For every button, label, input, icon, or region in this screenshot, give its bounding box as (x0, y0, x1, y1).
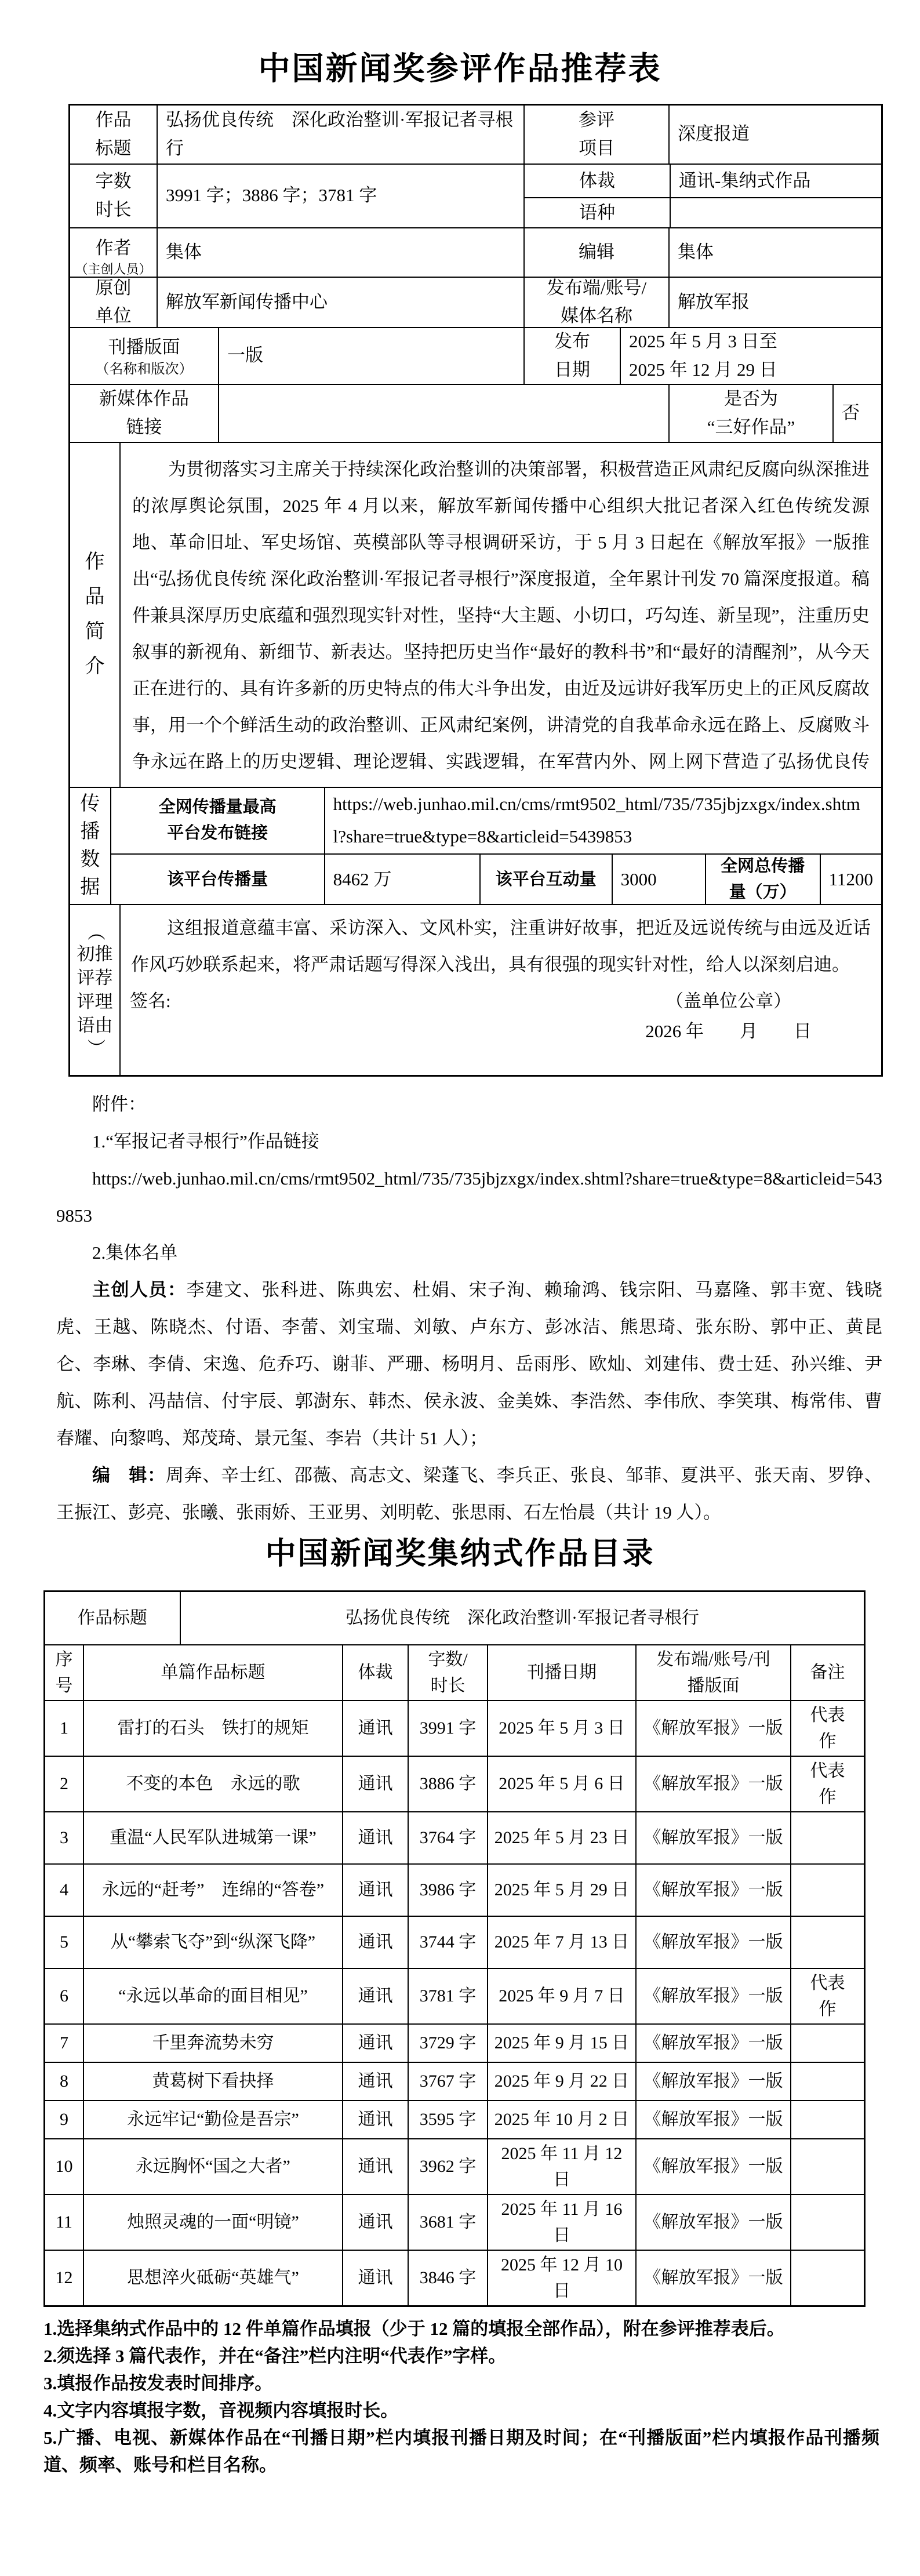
cell-title: 不变的本色 永远的歌 (83, 1757, 342, 1811)
note-item: 3.填报作品按发表时间排序。 (43, 2370, 879, 2397)
value-publish-date: 2025 年 5 月 3 日至 2025 年 12 月 29 日 (620, 328, 881, 384)
label-line: 新媒体作品 (99, 385, 189, 413)
label-char: 品 (85, 587, 105, 607)
cell-note (790, 1917, 864, 1968)
signature-row: 签名: （盖单位公章） 2026 年 月 日 (121, 983, 881, 1047)
cell-title: 雷打的石头 铁打的规矩 (83, 1701, 342, 1756)
cell-length: 3886 字 (408, 1757, 487, 1811)
cell-length: 3846 字 (408, 2251, 487, 2305)
label-char: 介 (85, 657, 105, 677)
label-char: 数 (80, 850, 100, 870)
catalog-row: 12 思想淬火砥砺“英雄气” 通讯 3846 字 2025 年 12 月 10 … (45, 2250, 864, 2305)
label-platform-interaction: 该平台互动量 (479, 855, 612, 905)
label-line: 平台发布链接 (167, 820, 268, 846)
value-sanhao: 否 (832, 385, 881, 442)
value-author: 集体 (157, 228, 523, 277)
cell-title: 永远的“赶考” 连绵的“答卷” (83, 1865, 342, 1916)
seal-block: （盖单位公章） 2026 年 月 日 (645, 986, 812, 1047)
cell-no: 6 (45, 1969, 83, 2023)
attachment-link: https://web.junhao.mil.cn/cms/rmt9502_ht… (56, 1160, 882, 1234)
genre-language-block: 体裁 通讯-集纳式作品 语种 (523, 165, 881, 227)
cell-note (790, 2251, 864, 2305)
subrow-spread-metrics: 该平台传播量 8462 万 该平台互动量 3000 全网总传播 量（万） 112… (111, 853, 881, 905)
label-line: 标题 (96, 135, 132, 162)
cell-title: 重温“人民军队进城第一课” (83, 1812, 342, 1863)
editors-paragraph: 编 辑：周奔、辛士红、邵薇、高志文、梁蓬飞、李兵正、张良、邹菲、夏洪平、张天南、… (56, 1457, 882, 1531)
catalog-row: 10 永远胸怀“国之大者” 通讯 3962 字 2025 年 11 月 12 日… (45, 2138, 864, 2194)
value-entry-item: 深度报道 (668, 106, 881, 164)
cell-length: 3781 字 (408, 1969, 487, 2023)
cell-no: 5 (45, 1917, 83, 1968)
row-word-count: 字数 时长 3991 字；3886 字；3781 字 体裁 通讯-集纳式作品 语… (70, 164, 881, 227)
attachment-heading: 附件： (56, 1086, 882, 1123)
publish-date-line: 2025 年 12 月 29 日 (629, 356, 777, 384)
cell-note (790, 1865, 864, 1916)
catalog-row: 11 烛照灵魂的一面“明镜” 通讯 3681 字 2025 年 11 月 16 … (45, 2194, 864, 2250)
cell-length: 3991 字 (408, 1701, 487, 1756)
label-line: 链接 (126, 413, 162, 441)
label-line: 日期 (554, 356, 590, 384)
editors-names: 周奔、辛士红、邵薇、高志文、梁蓬飞、李兵正、张良、邹菲、夏洪平、张天南、罗铮、王… (56, 1465, 882, 1523)
catalog-table: 作品标题 弘扬优良传统 深化政治整训·军报记者寻根行 序号 单篇作品标题 体裁 … (43, 1590, 866, 2307)
creators-names: 李建文、张科进、陈典宏、杜娟、宋子洵、赖瑜鸿、钱宗阳、马嘉隆、郭丰宽、钱晓虎、王… (56, 1280, 882, 1448)
cell-genre: 通讯 (342, 1701, 408, 1756)
label-line: 参评 (579, 106, 614, 134)
form-title: 中国新闻奖参评作品推荐表 (0, 0, 920, 86)
cell-no: 3 (45, 1812, 83, 1863)
catalog-row: 9 永远牢记“勤俭是吾宗” 通讯 3595 字 2025 年 10 月 2 日 … (45, 2100, 864, 2138)
label-line: 初推 (77, 945, 113, 963)
document-page: 中国新闻奖参评作品推荐表 作品 标题 弘扬优良传统 深化政治整训·军报记者寻根行… (0, 0, 920, 2576)
cell-channel: 《解放军报》一版 (635, 1701, 790, 1756)
row-work-intro: 作 品 简 介 为贯彻落实习主席关于持续深化政治整训的决策部署，积极营造正风肃纪… (70, 442, 881, 787)
cell-channel: 《解放军报》一版 (635, 2063, 790, 2100)
cell-channel: 《解放军报》一版 (635, 1865, 790, 1916)
subrow-genre: 体裁 通讯-集纳式作品 (525, 165, 881, 197)
cell-date: 2025 年 11 月 16 日 (487, 2195, 635, 2250)
cell-length: 3744 字 (408, 1917, 487, 1968)
cell-genre: 通讯 (342, 1969, 408, 2023)
value-original-unit: 解放军新闻传播中心 (157, 278, 523, 327)
value-platform-interaction: 3000 (612, 855, 705, 905)
label-top-platform-link: 全网传播量最高 平台发布链接 (111, 788, 324, 853)
label-line: 刊播版面 (108, 333, 180, 361)
cell-date: 2025 年 5 月 23 日 (487, 1812, 635, 1863)
row-original-unit: 原创 单位 解放军新闻传播中心 发布端/账号/ 媒体名称 解放军报 (70, 277, 881, 327)
label-line: 发布 (554, 328, 590, 356)
creators-paragraph: 主创人员：李建文、张科进、陈典宏、杜娟、宋子洵、赖瑜鸿、钱宗阳、马嘉隆、郭丰宽、… (56, 1271, 882, 1457)
cell-genre: 通讯 (342, 2139, 408, 2194)
label-line: 原创 (96, 278, 132, 303)
note-item: 1.选择集纳式作品中的 12 件单篇作品填报（少于 12 篇的填报全部作品），附… (43, 2315, 879, 2342)
cell-no: 2 (45, 1757, 83, 1811)
creators-label: 主创人员： (92, 1280, 186, 1300)
note-item: 4.文字内容填报字数，音视频内容填报时长。 (43, 2397, 879, 2424)
cell-length: 3962 字 (408, 2139, 487, 2194)
note-item: 5.广播、电视、新媒体作品在“刊播日期”栏内填报刊播日期及时间；在“刊播版面”栏… (43, 2424, 879, 2479)
header-line: 字数/ (428, 1647, 467, 1673)
label-line: 作品 (96, 106, 132, 134)
label-language: 语种 (525, 198, 670, 227)
cell-channel: 《解放军报》一版 (635, 2251, 790, 2305)
col-header-channel: 发布端/账号/刊 播版面 (635, 1645, 790, 1700)
cell-title: “永远以革命的面目相见” (83, 1969, 342, 2023)
catalog-label-work-title: 作品标题 (45, 1592, 180, 1644)
evaluation-paragraph: 这组报道意蕴丰富、采访深入、文风朴实，注重讲好故事，把近及远说传统与由远及近话作… (121, 905, 881, 983)
value-genre: 通讯-集纳式作品 (670, 165, 881, 197)
label-char: 据 (80, 878, 100, 898)
cell-genre: 通讯 (342, 2101, 408, 2138)
seal-label: （盖单位公章） (645, 986, 812, 1016)
note-item: 2.须选择 3 篇代表作，并在“备注”栏内注明“代表作”字样。 (43, 2342, 879, 2370)
cell-date: 2025 年 9 月 15 日 (487, 2025, 635, 2062)
cell-channel: 《解放军报》一版 (635, 1757, 790, 1811)
paren-open: （ (88, 923, 103, 941)
row-evaluation: （ 初推 评荐 评理 语由 ） 这组报道意蕴丰富、采访深入、文风朴实，注重讲好故… (70, 904, 881, 1075)
cell-channel: 《解放军报》一版 (635, 1812, 790, 1863)
label-total-volume: 全网总传播 量（万） (705, 855, 820, 905)
label-publish-account: 发布端/账号/ 媒体名称 (523, 278, 668, 327)
label-publish-date: 发布 日期 (523, 328, 620, 384)
cell-channel: 《解放军报》一版 (635, 1969, 790, 2023)
cell-note (790, 2101, 864, 2138)
cell-length: 3764 字 (408, 1812, 487, 1863)
label-line: 全网传播量最高 (159, 794, 277, 820)
label-sanhao: 是否为 “三好作品” (668, 385, 832, 442)
cell-length: 3681 字 (408, 2195, 487, 2250)
cell-note: 代表作 (790, 1969, 864, 2023)
cell-no: 4 (45, 1865, 83, 1916)
catalog-row: 8 黄葛树下看抉择 通讯 3767 字 2025 年 9 月 22 日 《解放军… (45, 2062, 864, 2100)
row-work-title: 作品 标题 弘扬优良传统 深化政治整训·军报记者寻根行 参评 项目 深度报道 (70, 106, 881, 164)
col-header-length: 字数/ 时长 (408, 1645, 487, 1700)
catalog-row: 3 重温“人民军队进城第一课” 通讯 3764 字 2025 年 5 月 23 … (45, 1811, 864, 1863)
value-top-platform-link: https://web.junhao.mil.cn/cms/rmt9502_ht… (324, 788, 881, 853)
attachment-item-1: 1.“军报记者寻根行”作品链接 (56, 1123, 882, 1160)
label-line: 时长 (96, 196, 132, 224)
label-author: 作者 （主创人员） (70, 228, 157, 277)
cell-note (790, 2063, 864, 2100)
label-genre: 体裁 (525, 165, 670, 197)
attachment-item-2: 2.集体名单 (56, 1234, 882, 1271)
label-line: 是否为 (724, 385, 778, 413)
value-new-media-link (218, 385, 668, 442)
catalog-row: 6 “永远以革命的面目相见” 通讯 3781 字 2025 年 9 月 7 日 … (45, 1968, 864, 2023)
cell-no: 7 (45, 2025, 83, 2062)
cell-genre: 通讯 (342, 1812, 408, 1863)
value-work-title: 弘扬优良传统 深化政治整训·军报记者寻根行 (157, 106, 523, 164)
cell-date: 2025 年 5 月 29 日 (487, 1865, 635, 1916)
label-line: 作者 (96, 234, 132, 262)
row-publish-page: 刊播版面 （名称和版次） 一版 发布 日期 2025 年 5 月 3 日至 20… (70, 327, 881, 384)
cell-title: 烛照灵魂的一面“明镜” (83, 2195, 342, 2250)
value-work-intro: 为贯彻落实习主席关于持续深化政治整训的决策部署，积极营造正风肃纪反腐向纵深推进的… (119, 443, 881, 787)
cell-date: 2025 年 9 月 7 日 (487, 1969, 635, 2023)
cell-title: 永远胸怀“国之大者” (83, 2139, 342, 2194)
value-word-count: 3991 字；3886 字；3781 字 (157, 165, 523, 227)
cell-channel: 《解放军报》一版 (635, 2025, 790, 2062)
value-evaluation: 这组报道意蕴丰富、采访深入、文风朴实，注重讲好故事，把近及远说传统与由远及近话作… (119, 905, 881, 1075)
cell-note (790, 1812, 864, 1863)
header-line: 时长 (431, 1673, 466, 1699)
subrow-top-link: 全网传播量最高 平台发布链接 https://web.junhao.mil.cn… (111, 788, 881, 853)
cell-genre: 通讯 (342, 1917, 408, 1968)
cell-date: 2025 年 9 月 22 日 (487, 2063, 635, 2100)
label-char: 播 (80, 822, 100, 842)
cell-genre: 通讯 (342, 1865, 408, 1916)
value-publish-page: 一版 (218, 328, 523, 384)
publish-date-line: 2025 年 5 月 3 日至 (629, 328, 777, 356)
catalog-title: 中国新闻奖集纳式作品目录 (0, 1537, 920, 1571)
cell-length: 3595 字 (408, 2101, 487, 2138)
recommendation-form-table: 作品 标题 弘扬优良传统 深化政治整训·军报记者寻根行 参评 项目 深度报道 字… (68, 104, 883, 1077)
cell-date: 2025 年 10 月 2 日 (487, 2101, 635, 2138)
catalog-value-work-title: 弘扬优良传统 深化政治整训·军报记者寻根行 (180, 1592, 864, 1644)
attachment-section: 附件： 1.“军报记者寻根行”作品链接 https://web.junhao.m… (56, 1086, 882, 1531)
cell-no: 12 (45, 2251, 83, 2305)
row-author: 作者 （主创人员） 集体 编辑 集体 (70, 227, 881, 277)
header-line: 播版面 (688, 1673, 740, 1699)
signature-label: 签名: (130, 986, 171, 1016)
cell-no: 11 (45, 2195, 83, 2250)
label-work-intro: 作 品 简 介 (70, 443, 119, 787)
col-header-date: 刊播日期 (487, 1645, 635, 1700)
label-char: 作 (85, 553, 105, 572)
catalog-worktitle-row: 作品标题 弘扬优良传统 深化政治整训·军报记者寻根行 (45, 1592, 864, 1644)
cell-date: 2025 年 12 月 10 日 (487, 2251, 635, 2305)
cell-title: 从“攀索飞夺”到“纵深飞降” (83, 1917, 342, 1968)
label-word-count: 字数 时长 (70, 165, 157, 227)
catalog-row: 7 千里奔流势未穷 通讯 3729 字 2025 年 9 月 15 日 《解放军… (45, 2023, 864, 2062)
subrow-language: 语种 (525, 197, 881, 227)
label-line: “三好作品” (707, 413, 795, 441)
cell-note: 代表作 (790, 1701, 864, 1756)
label-platform-volume: 该平台传播量 (111, 855, 324, 905)
note-text: 代表作 (809, 1702, 847, 1754)
cell-title: 千里奔流势未穷 (83, 2025, 342, 2062)
value-language (670, 198, 881, 227)
cell-title: 黄葛树下看抉择 (83, 2063, 342, 2100)
cell-date: 2025 年 5 月 3 日 (487, 1701, 635, 1756)
catalog-header-row: 序号 单篇作品标题 体裁 字数/ 时长 刊播日期 发布端/账号/刊 播版面 备注 (45, 1644, 864, 1700)
label-line: 语由 (77, 1016, 113, 1034)
row-spread-data: 传 播 数 据 全网传播量最高 平台发布链接 https://web.junha… (70, 787, 881, 904)
label-char: 传 (80, 794, 100, 814)
cell-channel: 《解放军报》一版 (635, 1917, 790, 1968)
label-work-title: 作品 标题 (70, 106, 157, 164)
cell-title: 思想淬火砥砺“英雄气” (83, 2251, 342, 2305)
label-line: 项目 (579, 135, 614, 162)
label-char: 简 (85, 622, 105, 642)
label-evaluation: （ 初推 评荐 评理 语由 ） (70, 905, 119, 1075)
cell-genre: 通讯 (342, 2251, 408, 2305)
label-original-unit: 原创 单位 (70, 278, 157, 327)
label-author-sub: （主创人员） (75, 262, 151, 277)
label-spread-data: 传 播 数 据 (70, 788, 110, 904)
cell-note (790, 2139, 864, 2194)
cell-date: 2025 年 11 月 12 日 (487, 2139, 635, 2194)
cell-genre: 通讯 (342, 2063, 408, 2100)
cell-genre: 通讯 (342, 1757, 408, 1811)
value-total-volume: 11200 (820, 855, 881, 905)
value-editor: 集体 (668, 228, 881, 277)
cell-genre: 通讯 (342, 2195, 408, 2250)
col-header-genre: 体裁 (342, 1645, 408, 1700)
cell-no: 8 (45, 2063, 83, 2100)
label-line: 量（万） (729, 880, 797, 905)
value-platform-volume: 8462 万 (324, 855, 479, 905)
col-header-no: 序号 (45, 1645, 83, 1700)
cell-channel: 《解放军报》一版 (635, 2195, 790, 2250)
cell-title: 永远牢记“勤俭是吾宗” (83, 2101, 342, 2138)
cell-note (790, 2025, 864, 2062)
label-line: 字数 (96, 168, 132, 195)
label-entry-item: 参评 项目 (523, 106, 668, 164)
cell-no: 9 (45, 2101, 83, 2138)
cell-note (790, 2195, 864, 2250)
cell-no: 1 (45, 1701, 83, 1756)
cell-no: 10 (45, 2139, 83, 2194)
cell-length: 3767 字 (408, 2063, 487, 2100)
label-publish-page: 刊播版面 （名称和版次） (70, 328, 218, 384)
footnotes-section: 1.选择集纳式作品中的 12 件单篇作品填报（少于 12 篇的填报全部作品），附… (43, 2315, 879, 2479)
catalog-row: 5 从“攀索飞夺”到“纵深飞降” 通讯 3744 字 2025 年 7 月 13… (45, 1916, 864, 1968)
spread-data-block: 全网传播量最高 平台发布链接 https://web.junhao.mil.cn… (110, 788, 881, 904)
note-text: 代表作 (809, 1970, 847, 2022)
label-line: 单位 (96, 302, 132, 327)
catalog-row: 2 不变的本色 永远的歌 通讯 3886 字 2025 年 5 月 6 日 《解… (45, 1756, 864, 1811)
cell-note: 代表作 (790, 1757, 864, 1811)
label-line: 媒体名称 (561, 302, 632, 327)
col-header-note: 备注 (790, 1645, 864, 1700)
label-publish-page-sub: （名称和版次） (96, 361, 193, 378)
date-line: 2026 年 月 日 (645, 1016, 812, 1047)
cell-length: 3986 字 (408, 1865, 487, 1916)
label-line: 评荐 (77, 969, 113, 987)
row-new-media-link: 新媒体作品 链接 是否为 “三好作品” 否 (70, 384, 881, 442)
cell-length: 3729 字 (408, 2025, 487, 2062)
label-editor: 编辑 (523, 228, 668, 277)
cell-channel: 《解放军报》一版 (635, 2139, 790, 2194)
catalog-row: 4 永远的“赶考” 连绵的“答卷” 通讯 3986 字 2025 年 5 月 2… (45, 1863, 864, 1916)
paren-close: ） (88, 1039, 103, 1057)
note-text: 代表作 (809, 1758, 847, 1810)
label-line: 全网总传播 (721, 855, 805, 880)
cell-genre: 通讯 (342, 2025, 408, 2062)
header-line: 发布端/账号/刊 (656, 1647, 770, 1673)
cell-channel: 《解放军报》一版 (635, 2101, 790, 2138)
col-header-title: 单篇作品标题 (83, 1645, 342, 1700)
catalog-row: 1 雷打的石头 铁打的规矩 通讯 3991 字 2025 年 5 月 3 日 《… (45, 1700, 864, 1756)
cell-date: 2025 年 5 月 6 日 (487, 1757, 635, 1811)
label-line: 评理 (77, 993, 113, 1011)
label-line: 发布端/账号/ (547, 278, 646, 303)
value-publish-account: 解放军报 (668, 278, 881, 327)
label-new-media-link: 新媒体作品 链接 (70, 385, 218, 442)
work-intro-paragraph: 为贯彻落实习主席关于持续深化政治整训的决策部署，积极营造正风肃纪反腐向纵深推进的… (121, 443, 881, 787)
cell-date: 2025 年 7 月 13 日 (487, 1917, 635, 1968)
editors-label: 编 辑： (92, 1465, 166, 1485)
